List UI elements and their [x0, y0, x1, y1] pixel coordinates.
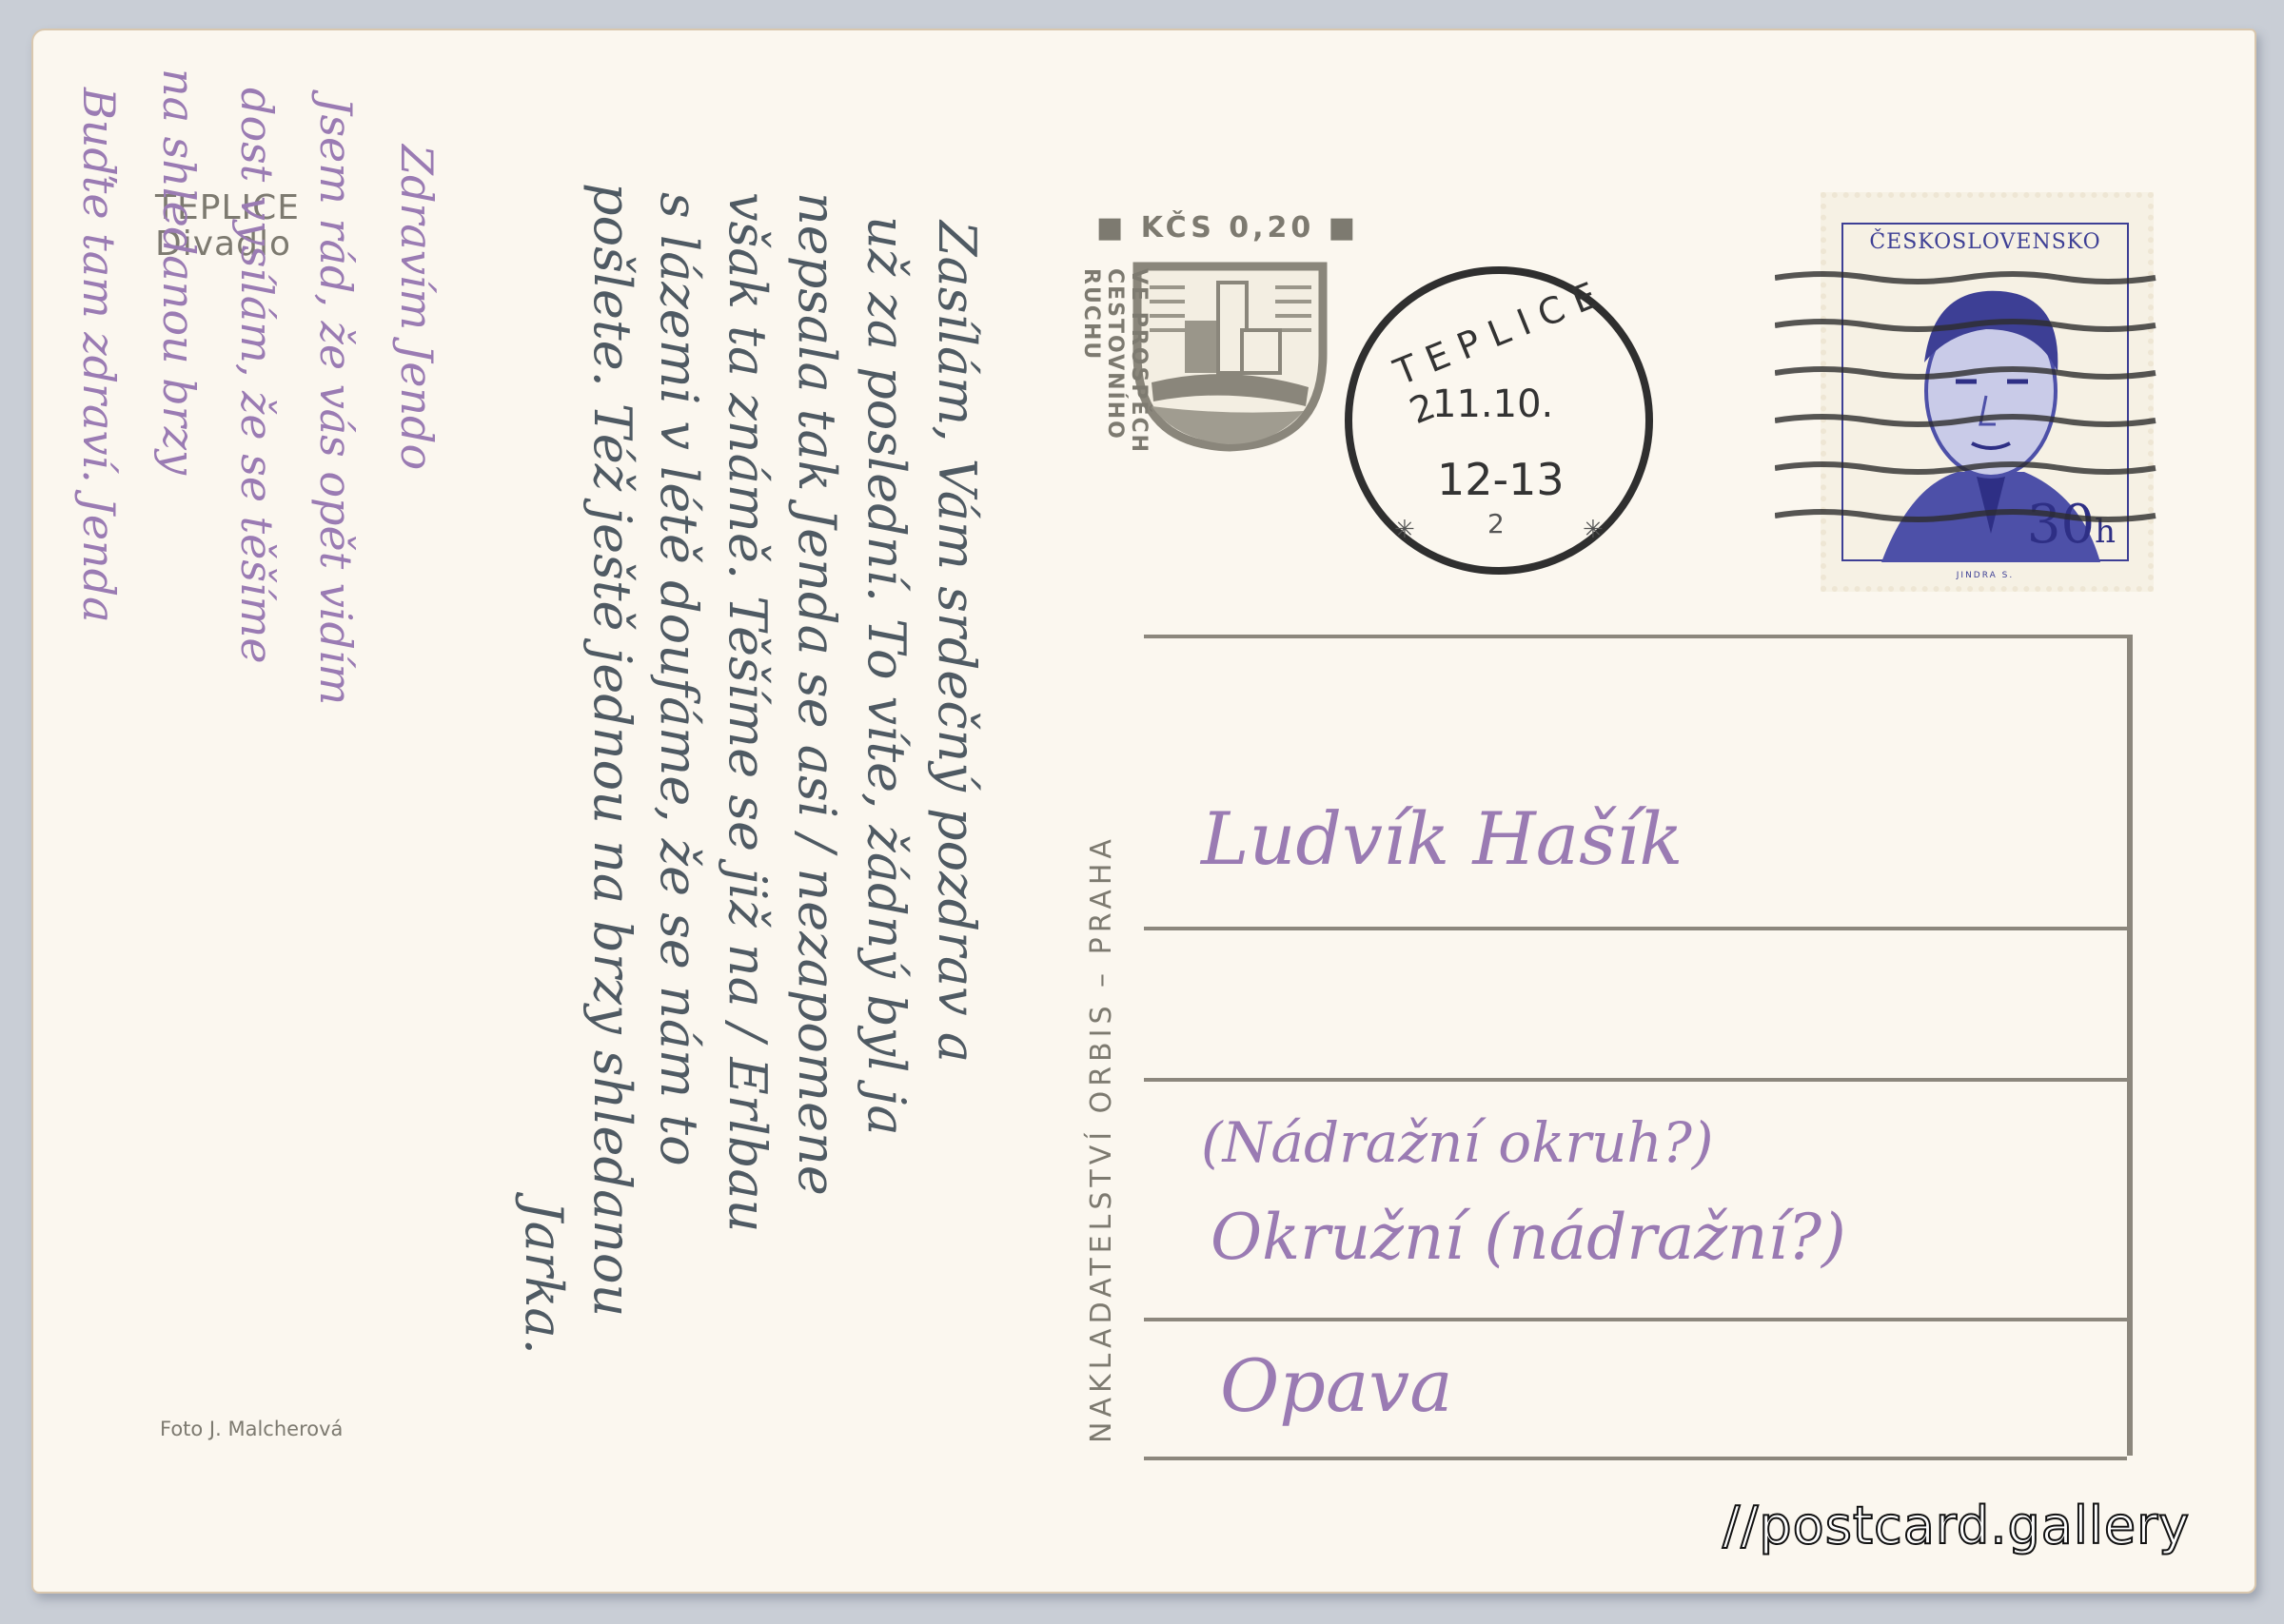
slogan-cancel: ■ KČS 0,20 ■ VE PROSPĚCH CESTOVNÍHO RUCH… [1085, 211, 1370, 478]
address-line [1144, 927, 2127, 930]
left-message-line: Buďte tam zdraví. Jenda [73, 88, 125, 623]
publisher-imprint: NAKLADATELSTVÍ ORBIS – PRAHA [1085, 834, 1118, 1443]
photo-credit: Foto J. Malcherová [160, 1418, 343, 1440]
address-line [1144, 635, 2127, 638]
recipient-city: Opava [1220, 1343, 1453, 1428]
watermark: //postcard.gallery [1723, 1496, 2190, 1556]
postmark-office-number: 2 [1487, 508, 1505, 539]
message-line: Zasílám, Vám srdečný pozdrav a [927, 221, 987, 1063]
address-line [1144, 1318, 2127, 1321]
message-signature: Jarka. [514, 1201, 574, 1355]
wavy-cancellation-lines [1775, 249, 2175, 573]
address-line [1144, 1078, 2127, 1082]
message-line: pošlete. Též ještě jednou na brzy shleda… [582, 183, 642, 1317]
message-line: však ta známě. Těšíme se již na / Erlbau [718, 192, 778, 1232]
message-line: už za poslední. To víte, žádný byl ja [856, 216, 916, 1136]
star-icon: ✳ [1583, 516, 1604, 544]
left-message-line: dost vysílám, že se těšíme [231, 88, 283, 664]
left-message-line: Zdravím Jendo [391, 145, 443, 470]
recipient-street: Okružní (nádražní?) [1211, 1201, 1846, 1274]
recipient-street-note: (Nádražní okruh?) [1201, 1110, 1714, 1175]
postcard-back: TEPLICE Divadlo Foto J. Malcherová NAKLA… [31, 29, 2256, 1594]
message-line: s lázemi v létě doufáme, že se nám to [649, 192, 709, 1166]
star-icon: ✳ [1394, 516, 1415, 544]
left-message-line: Jsem rád, že vás opět vidím [310, 97, 362, 705]
postmark-time: 12-13 [1437, 454, 1565, 505]
left-message-line: na shledanou brzy [153, 68, 205, 475]
postmark-date: 11.10. [1432, 382, 1553, 426]
address-area: Ludvík Hašík (Nádražní okruh?) Okružní (… [1144, 635, 2133, 1456]
address-line [1144, 1457, 2127, 1460]
slogan-arc-text: VE PROSPĚCH CESTOVNÍHO RUCHU [1079, 268, 1151, 478]
recipient-name: Ludvík Hašík [1201, 796, 1683, 881]
message-line: nepsala tak Jenda se asi / nezapomene [787, 192, 847, 1196]
postmark: TEPLICE 2 11.10. 12-13 2 ✳ ✳ [1337, 259, 1661, 582]
